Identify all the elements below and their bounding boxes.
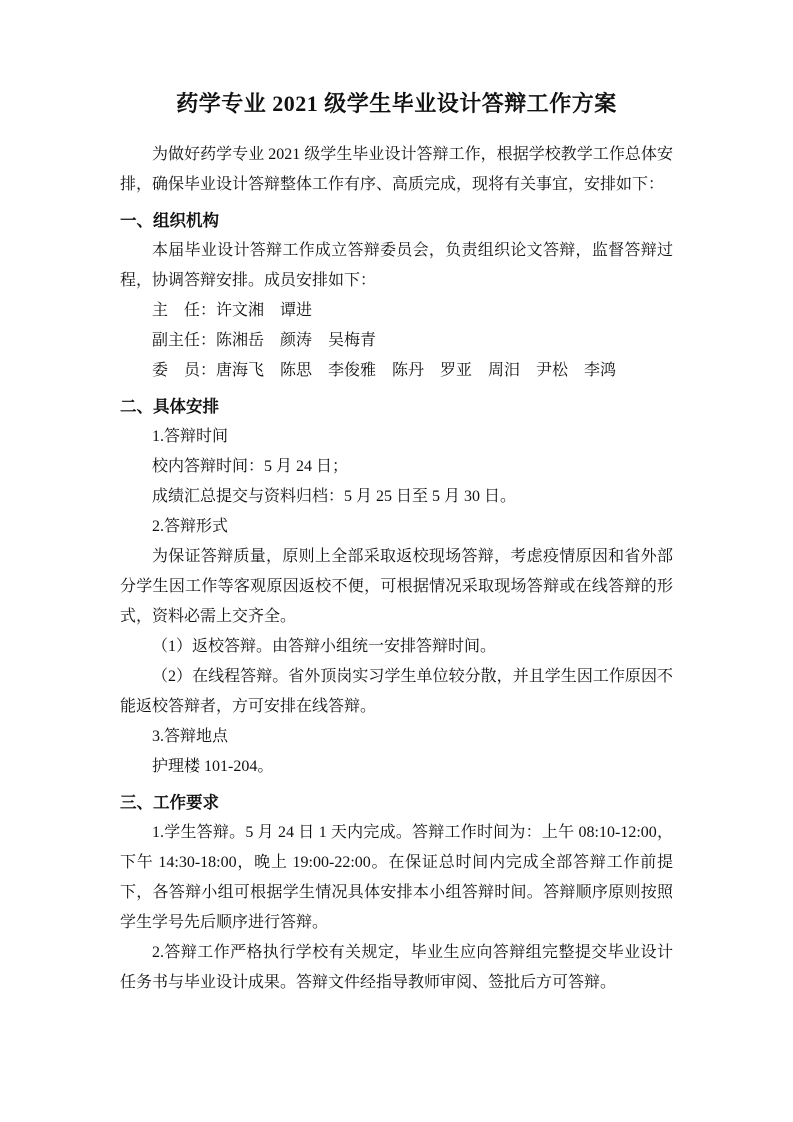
- member-line-director: 主 任：许文湘 谭进: [120, 296, 673, 326]
- document-title: 药学专业 2021 级学生毕业设计答辩工作方案: [120, 88, 673, 120]
- defense-time-on-campus: 校内答辩时间：5 月 24 日；: [120, 452, 673, 482]
- requirement-student-defense: 1.学生答辩。5 月 24 日 1 天内完成。答辩工作时间为：上午 08:10-…: [120, 818, 673, 938]
- intro-paragraph: 为做好药学专业 2021 级学生毕业设计答辩工作，根据学校教学工作总体安排，确保…: [120, 140, 673, 200]
- defense-format-body: 为保证答辩质量，原则上全部采取返校现场答辩，考虑疫情原因和省外部分学生因工作等客…: [120, 542, 673, 632]
- section-3-heading: 三、工作要求: [120, 788, 673, 818]
- document-page: 药学专业 2021 级学生毕业设计答辩工作方案 为做好药学专业 2021 级学生…: [0, 0, 793, 1122]
- defense-time-archive: 成绩汇总提交与资料归档：5 月 25 日至 5 月 30 日。: [120, 482, 673, 512]
- section-1-heading: 一、组织机构: [120, 206, 673, 236]
- member-line-deputy-directors: 副主任：陈湘岳 颜涛 吴梅青: [120, 326, 673, 356]
- defense-format-title: 2.答辩形式: [120, 512, 673, 542]
- defense-time-title: 1.答辩时间: [120, 422, 673, 452]
- defense-location-line: 护理楼 101-204。: [120, 752, 673, 782]
- requirement-regulations: 2.答辩工作严格执行学校有关规定，毕业生应向答辩组完整提交毕业设计任务书与毕业设…: [120, 938, 673, 998]
- defense-format-option-online: （2）在线程答辩。省外顶岗实习学生单位较分散，并且学生因工作原因不能返校答辩者，…: [120, 662, 673, 722]
- defense-format-option-on-campus: （1）返校答辩。由答辩小组统一安排答辩时间。: [120, 632, 673, 662]
- member-line-committee: 委 员：唐海飞 陈思 李俊雅 陈丹 罗亚 周汨 尹松 李鸿: [120, 356, 673, 386]
- section-1-body: 本届毕业设计答辩工作成立答辩委员会，负责组织论文答辩，监督答辩过程，协调答辩安排…: [120, 236, 673, 296]
- section-2-heading: 二、具体安排: [120, 392, 673, 422]
- defense-location-title: 3.答辩地点: [120, 722, 673, 752]
